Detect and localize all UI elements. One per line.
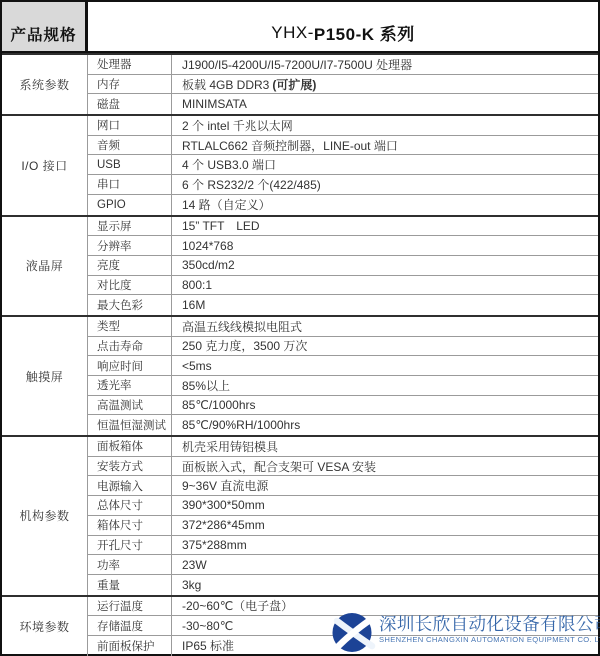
- spec-label: 面板箱体: [88, 437, 172, 456]
- spec-value: 800:1: [172, 276, 598, 295]
- spec-row: 箱体尺寸 372*286*45mm: [88, 516, 598, 536]
- spec-value-text: 14 路（自定义）: [182, 196, 271, 213]
- spec-label: 重量: [88, 575, 172, 595]
- table-header: 产品规格 YHX-P150-K 系列: [2, 2, 598, 53]
- spec-value-text: 16M: [182, 298, 205, 312]
- section-rows: 处理器 J1900/I5-4200U/I5-7200U/I7-7500U 处理器…: [88, 55, 598, 114]
- spec-value: 375*288mm: [172, 536, 598, 555]
- category-cell: I/O 接口: [2, 116, 88, 214]
- section-touchscreen: 触摸屏 类型 高温五线线模拟电阻式 点击寿命 250 克力度，3500 万次 响…: [2, 315, 598, 435]
- category-cell: 系统参数: [2, 55, 88, 114]
- spec-value: 85%以上: [172, 376, 598, 395]
- spec-row: 开孔尺寸 375*288mm: [88, 536, 598, 556]
- spec-value-text: RTLALC662 音频控制器，LINE-out 端口: [182, 137, 398, 154]
- spec-row: 电源输入 9~36V 直流电源: [88, 476, 598, 496]
- spec-value-text: 372*286*45mm: [182, 518, 265, 532]
- product-spec-label: 产品规格: [2, 2, 88, 51]
- section-rows: 面板箱体 机壳采用铸铝模具 安装方式 面板嵌入式，配合支架可 VESA 安装 电…: [88, 437, 598, 595]
- spec-row: 总体尺寸 390*300*50mm: [88, 496, 598, 516]
- spec-row: 透光率 85%以上: [88, 376, 598, 396]
- spec-label: 显示屏: [88, 217, 172, 236]
- spec-value-text: 15” TFT LED: [182, 217, 260, 234]
- spec-row: 内存 板载 4GB DDR3(可扩展): [88, 75, 598, 95]
- category-cell: 液晶屏: [2, 217, 88, 315]
- section-rows: 类型 高温五线线模拟电阻式 点击寿命 250 克力度，3500 万次 响应时间 …: [88, 317, 598, 435]
- spec-label: 存储温度: [88, 616, 172, 635]
- spec-value-text: 23W: [182, 558, 207, 572]
- section-lcd: 液晶屏 显示屏 15” TFT LED 分辨率 1024*768 亮度 350c…: [2, 215, 598, 315]
- spec-value-text: 6 个 RS232/2 个(422/485): [182, 176, 321, 193]
- spec-row: 高温测试 85℃/1000hrs: [88, 396, 598, 416]
- spec-value: 9~36V 直流电源: [172, 476, 598, 495]
- spec-label: 前面板保护: [88, 636, 172, 656]
- section-system-params: 系统参数 处理器 J1900/I5-4200U/I5-7200U/I7-7500…: [2, 53, 598, 114]
- spec-value-text: 面板嵌入式，配合支架可 VESA 安装: [182, 458, 376, 475]
- spec-value: MINIMSATA: [172, 94, 598, 114]
- spec-row: 处理器 J1900/I5-4200U/I5-7200U/I7-7500U 处理器: [88, 55, 598, 75]
- spec-value: 16M: [172, 295, 598, 315]
- spec-value: 350cd/m2: [172, 256, 598, 275]
- spec-label: 处理器: [88, 55, 172, 74]
- spec-value: J1900/I5-4200U/I5-7200U/I7-7500U 处理器: [172, 55, 598, 74]
- spec-value: 372*286*45mm: [172, 516, 598, 535]
- spec-row: 最大色彩 16M: [88, 295, 598, 315]
- spec-label: 恒温恒湿测试: [88, 415, 172, 435]
- spec-label: 响应时间: [88, 356, 172, 375]
- spec-row: 点击寿命 250 克力度，3500 万次: [88, 337, 598, 357]
- spec-value-text: 375*288mm: [182, 538, 247, 552]
- spec-value: 14 路（自定义）: [172, 195, 598, 215]
- spec-label: 串口: [88, 175, 172, 194]
- spec-value-text: 3kg: [182, 578, 201, 592]
- spec-value-text: 85℃/1000hrs: [182, 398, 256, 412]
- series-title-model: P150-K 系列: [314, 20, 415, 45]
- spec-label: 亮度: [88, 256, 172, 275]
- spec-value: 3kg: [172, 575, 598, 595]
- spec-label: 总体尺寸: [88, 496, 172, 515]
- spec-row: 恒温恒湿测试 85℃/90%RH/1000hrs: [88, 415, 598, 435]
- spec-label: 安装方式: [88, 457, 172, 476]
- spec-value: 高温五线线模拟电阻式: [172, 317, 598, 336]
- category-cell: 机构参数: [2, 437, 88, 595]
- spec-value-text: 2 个 intel 千兆以太网: [182, 117, 293, 134]
- spec-row: 功率 23W: [88, 555, 598, 575]
- spec-row: 分辨率 1024*768: [88, 236, 598, 256]
- spec-label: 电源输入: [88, 476, 172, 495]
- spec-label: 运行温度: [88, 597, 172, 616]
- spec-value: 机壳采用铸铝模具: [172, 437, 598, 456]
- spec-value-text: J1900/I5-4200U/I5-7200U/I7-7500U 处理器: [182, 56, 412, 73]
- spec-value: 1024*768: [172, 236, 598, 255]
- section-rows: 显示屏 15” TFT LED 分辨率 1024*768 亮度 350cd/m2…: [88, 217, 598, 315]
- spec-value-text: 390*300*50mm: [182, 498, 265, 512]
- section-io: I/O 接口 网口 2 个 intel 千兆以太网 音频 RTLALC662 音…: [2, 114, 598, 214]
- spec-value-text: 9~36V 直流电源: [182, 477, 268, 494]
- spec-value-text: 350cd/m2: [182, 258, 235, 272]
- spec-row: 面板箱体 机壳采用铸铝模具: [88, 437, 598, 457]
- company-name-en: SHENZHEN CHANGXIN AUTOMATION EQUIPMENT C…: [379, 635, 600, 644]
- company-logo-icon: [332, 611, 376, 654]
- spec-table: 产品规格 YHX-P150-K 系列 系统参数 处理器 J1900/I5-420…: [0, 0, 600, 656]
- spec-value: 6 个 RS232/2 个(422/485): [172, 175, 598, 194]
- spec-label: 透光率: [88, 376, 172, 395]
- spec-label: 对比度: [88, 276, 172, 295]
- spec-value: 面板嵌入式，配合支架可 VESA 安装: [172, 457, 598, 476]
- spec-row: 对比度 800:1: [88, 276, 598, 296]
- spec-value-text: 1024*768: [182, 239, 233, 253]
- spec-label: 高温测试: [88, 396, 172, 415]
- section-rows: 网口 2 个 intel 千兆以太网 音频 RTLALC662 音频控制器，LI…: [88, 116, 598, 214]
- spec-value: 15” TFT LED: [172, 217, 598, 236]
- spec-label: 最大色彩: [88, 295, 172, 315]
- category-cell: 触摸屏: [2, 317, 88, 435]
- spec-value: 4 个 USB3.0 端口: [172, 155, 598, 174]
- spec-value: <5ms: [172, 356, 598, 375]
- spec-value-text: 250 克力度，3500 万次: [182, 337, 307, 354]
- spec-row: 重量 3kg: [88, 575, 598, 595]
- spec-value-text: <5ms: [182, 359, 212, 373]
- series-title: YHX-P150-K 系列: [88, 2, 598, 51]
- spec-label: 点击寿命: [88, 337, 172, 356]
- spec-row: GPIO 14 路（自定义）: [88, 195, 598, 215]
- spec-value-bold-text: (可扩展): [272, 76, 316, 93]
- spec-label: 类型: [88, 317, 172, 336]
- spec-value: RTLALC662 音频控制器，LINE-out 端口: [172, 136, 598, 155]
- spec-label: USB: [88, 155, 172, 174]
- spec-value-text: 85%以上: [182, 377, 230, 394]
- spec-row: 网口 2 个 intel 千兆以太网: [88, 116, 598, 136]
- spec-value-text: -30~80℃: [182, 619, 233, 633]
- spec-value-text: 85℃/90%RH/1000hrs: [182, 418, 300, 432]
- spec-value: 23W: [172, 555, 598, 574]
- spec-label: 音频: [88, 136, 172, 155]
- spec-label: 网口: [88, 116, 172, 135]
- spec-value: 390*300*50mm: [172, 496, 598, 515]
- spec-row: 磁盘 MINIMSATA: [88, 94, 598, 114]
- spec-label: 箱体尺寸: [88, 516, 172, 535]
- spec-value-text: 4 个 USB3.0 端口: [182, 156, 276, 173]
- spec-value: 85℃/90%RH/1000hrs: [172, 415, 598, 435]
- spec-value: 250 克力度，3500 万次: [172, 337, 598, 356]
- spec-label: GPIO: [88, 195, 172, 215]
- section-mechanical: 机构参数 面板箱体 机壳采用铸铝模具 安装方式 面板嵌入式，配合支架可 VESA…: [2, 435, 598, 595]
- spec-row: 响应时间 <5ms: [88, 356, 598, 376]
- spec-value-text: 800:1: [182, 278, 212, 292]
- spec-value-text: -20~60℃（电子盘）: [182, 597, 293, 614]
- spec-label: 内存: [88, 75, 172, 94]
- spec-value: 85℃/1000hrs: [172, 396, 598, 415]
- spec-value-text: MINIMSATA: [182, 97, 247, 111]
- spec-label: 开孔尺寸: [88, 536, 172, 555]
- series-title-prefix: YHX-: [271, 23, 314, 43]
- spec-row: USB 4 个 USB3.0 端口: [88, 155, 598, 175]
- spec-row: 亮度 350cd/m2: [88, 256, 598, 276]
- spec-value-text: 机壳采用铸铝模具: [182, 438, 278, 455]
- company-watermark: 深圳长欣自动化设备有限公司 SHENZHEN CHANGXIN AUTOMATI…: [332, 611, 598, 656]
- spec-label: 磁盘: [88, 94, 172, 114]
- spec-value-text: IP65 标准: [182, 637, 234, 654]
- spec-row: 类型 高温五线线模拟电阻式: [88, 317, 598, 337]
- spec-value-text: 板载 4GB DDR3: [182, 76, 269, 93]
- spec-row: 音频 RTLALC662 音频控制器，LINE-out 端口: [88, 136, 598, 156]
- spec-value-text: 高温五线线模拟电阻式: [182, 318, 302, 335]
- spec-row: 安装方式 面板嵌入式，配合支架可 VESA 安装: [88, 457, 598, 477]
- category-cell: 环境参数: [2, 597, 88, 656]
- company-name-cn: 深圳长欣自动化设备有限公司: [379, 615, 600, 634]
- spec-label: 分辨率: [88, 236, 172, 255]
- spec-sheet-page: 产品规格 YHX-P150-K 系列 系统参数 处理器 J1900/I5-420…: [0, 0, 600, 656]
- spec-value: 板载 4GB DDR3(可扩展): [172, 75, 598, 94]
- spec-value: 2 个 intel 千兆以太网: [172, 116, 598, 135]
- spec-row: 显示屏 15” TFT LED: [88, 217, 598, 237]
- spec-label: 功率: [88, 555, 172, 574]
- spec-row: 串口 6 个 RS232/2 个(422/485): [88, 175, 598, 195]
- company-text-block: 深圳长欣自动化设备有限公司 SHENZHEN CHANGXIN AUTOMATI…: [379, 611, 600, 644]
